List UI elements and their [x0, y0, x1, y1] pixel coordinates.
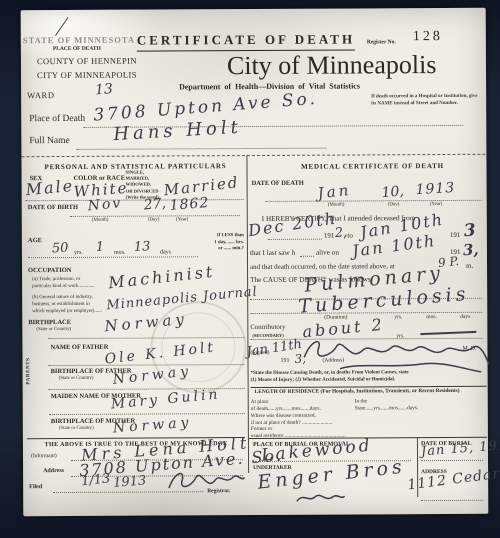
lastsaw-mid: alive on — [316, 249, 339, 257]
full-name-label: Full Name — [29, 136, 69, 147]
ward-label: WARD — [27, 91, 54, 101]
ward-value: 13 — [95, 81, 114, 98]
medical-section-title: MEDICAL CERTIFICATE OF DEATH — [267, 162, 477, 171]
dotted-line — [28, 256, 198, 258]
scan-background: STATE OF MINNESOTA PLACE OF DEATH CERTIF… — [0, 0, 500, 538]
occupation-a-value: Machinist — [107, 262, 216, 293]
dob-label: DATE OF BIRTH — [28, 204, 78, 212]
duration-days: days — [460, 314, 470, 320]
duration-mos: mos. — [426, 314, 437, 320]
informant-label: (Informant) — [31, 453, 57, 459]
dotted-line — [421, 500, 483, 501]
year-caption: (Year) — [430, 202, 443, 208]
sex-value: Male — [25, 176, 75, 199]
dob-day-value: 27, — [143, 196, 167, 214]
undertaker-address-value: 1112 Cedar av. — [407, 462, 500, 493]
contributory-sub: (SECONDARY) — [252, 333, 283, 338]
filed-label: Filed — [29, 484, 42, 491]
year-prefix: 191 — [450, 231, 461, 239]
filed-year-value: 1913 — [113, 473, 147, 490]
year-prefix: 191 — [324, 232, 335, 240]
dotted-line — [76, 148, 326, 150]
occupation-label: OCCUPATION — [28, 267, 71, 275]
month-caption: (Month) — [92, 218, 109, 224]
year-caption: (Year) — [176, 217, 189, 223]
department-line: Department of Health—Division of Vital S… — [179, 81, 360, 91]
place-of-death-small-label: PLACE OF DEATH — [53, 46, 101, 53]
birthplace-sub: (State or Country) — [36, 327, 71, 333]
age-mos-unit: mos. — [114, 250, 126, 257]
register-number: 128 — [413, 29, 443, 45]
father-label: NAME OF FATHER — [50, 344, 108, 352]
age-yrs-unit: yrs. — [74, 250, 83, 257]
hospital-note: If death occurred in a Hospital or Insti… — [371, 94, 483, 108]
occupation-a-label: (a) Trade, profession, or particular kin… — [32, 276, 95, 290]
age-less-note: If LESS than 1 day, ...... hrs. or .....… — [200, 233, 244, 253]
residence-at-place: At place of death......yrs.......mos....… — [251, 399, 321, 414]
dotted-line — [49, 413, 245, 415]
age-label: AGE — [28, 237, 42, 245]
dob-year-value: 1862 — [169, 195, 210, 214]
attended-to-year-digit: 3 — [463, 220, 476, 241]
to-word: , to — [344, 231, 353, 239]
certificate-title: CERTIFICATE OF DEATH — [137, 32, 355, 51]
date-of-death-year: 1913 — [415, 180, 455, 198]
section-divider — [21, 154, 485, 157]
registrar-caption: Registrar. — [207, 488, 230, 494]
column-divider — [246, 155, 249, 473]
parents-vertical-label: PARENTS — [26, 357, 32, 384]
residence-in-state: In the State......yrs.......mos.......da… — [355, 398, 418, 413]
city-title: City of Minneapolis — [227, 50, 437, 81]
death-m-caption: m. — [466, 262, 473, 270]
dotted-line — [421, 460, 483, 461]
dotted-line — [250, 312, 482, 314]
age-yrs-value: 50 — [52, 241, 69, 257]
age-days-unit: days — [160, 249, 171, 256]
residence-title: LENGTH OF RESIDENCE (For Hospitals, Inst… — [255, 388, 460, 395]
year-prefix: 191 — [281, 358, 290, 365]
day-caption: (Day) — [388, 202, 400, 208]
dotted-line — [26, 199, 244, 201]
birthplace-label: BIRTHPLACE — [28, 319, 71, 327]
mother-value: Mary Gulin — [110, 386, 221, 412]
duration-yrs: yrs. — [394, 314, 402, 320]
age-days-value: 13 — [134, 239, 151, 255]
cause-footnote: *State the Disease Causing Death, or, in… — [251, 370, 487, 388]
mother-birthplace-sub: (State or Country) — [59, 426, 94, 432]
lastsaw-pre: that I last saw h — [250, 249, 295, 258]
father-birthplace-sub: (State or Country) — [59, 376, 94, 382]
date-of-death-label: DATE OF DEATH — [252, 180, 304, 188]
register-label: Register No. — [367, 39, 396, 45]
date-of-death-day: 10, — [381, 183, 405, 201]
certificate-paper: STATE OF MINNESOTA PLACE OF DEATH CERTIF… — [21, 8, 489, 516]
city-line: CITY OF MINNEAPOLIS — [37, 71, 137, 81]
informant-address-label: Address — [43, 468, 64, 475]
pen-mark — [55, 17, 68, 36]
day-caption: (Day) — [148, 217, 160, 223]
undertaker-agent-scrawl — [295, 491, 345, 507]
date-of-death-month: Jan — [317, 181, 352, 203]
contributory-label: Contributory — [250, 324, 285, 332]
filed-date-value: 1/13 — [80, 471, 111, 489]
dotted-line — [266, 200, 482, 202]
lastsaw-year-digit: 3, — [462, 240, 479, 259]
dotted-line — [300, 256, 314, 257]
age-mos-value: 1 — [95, 240, 104, 255]
county-line: COUNTY OF HENNEPIN — [37, 57, 137, 67]
occupation-b-label: (b) General nature of industry, business… — [32, 294, 102, 315]
dotted-line — [268, 239, 322, 240]
state-stamp: STATE OF MINNESOTA — [23, 36, 135, 46]
month-caption: (Month) — [328, 203, 345, 209]
place-of-death-label: Place of Death — [29, 114, 85, 125]
dob-month-value: Nov — [87, 195, 123, 214]
